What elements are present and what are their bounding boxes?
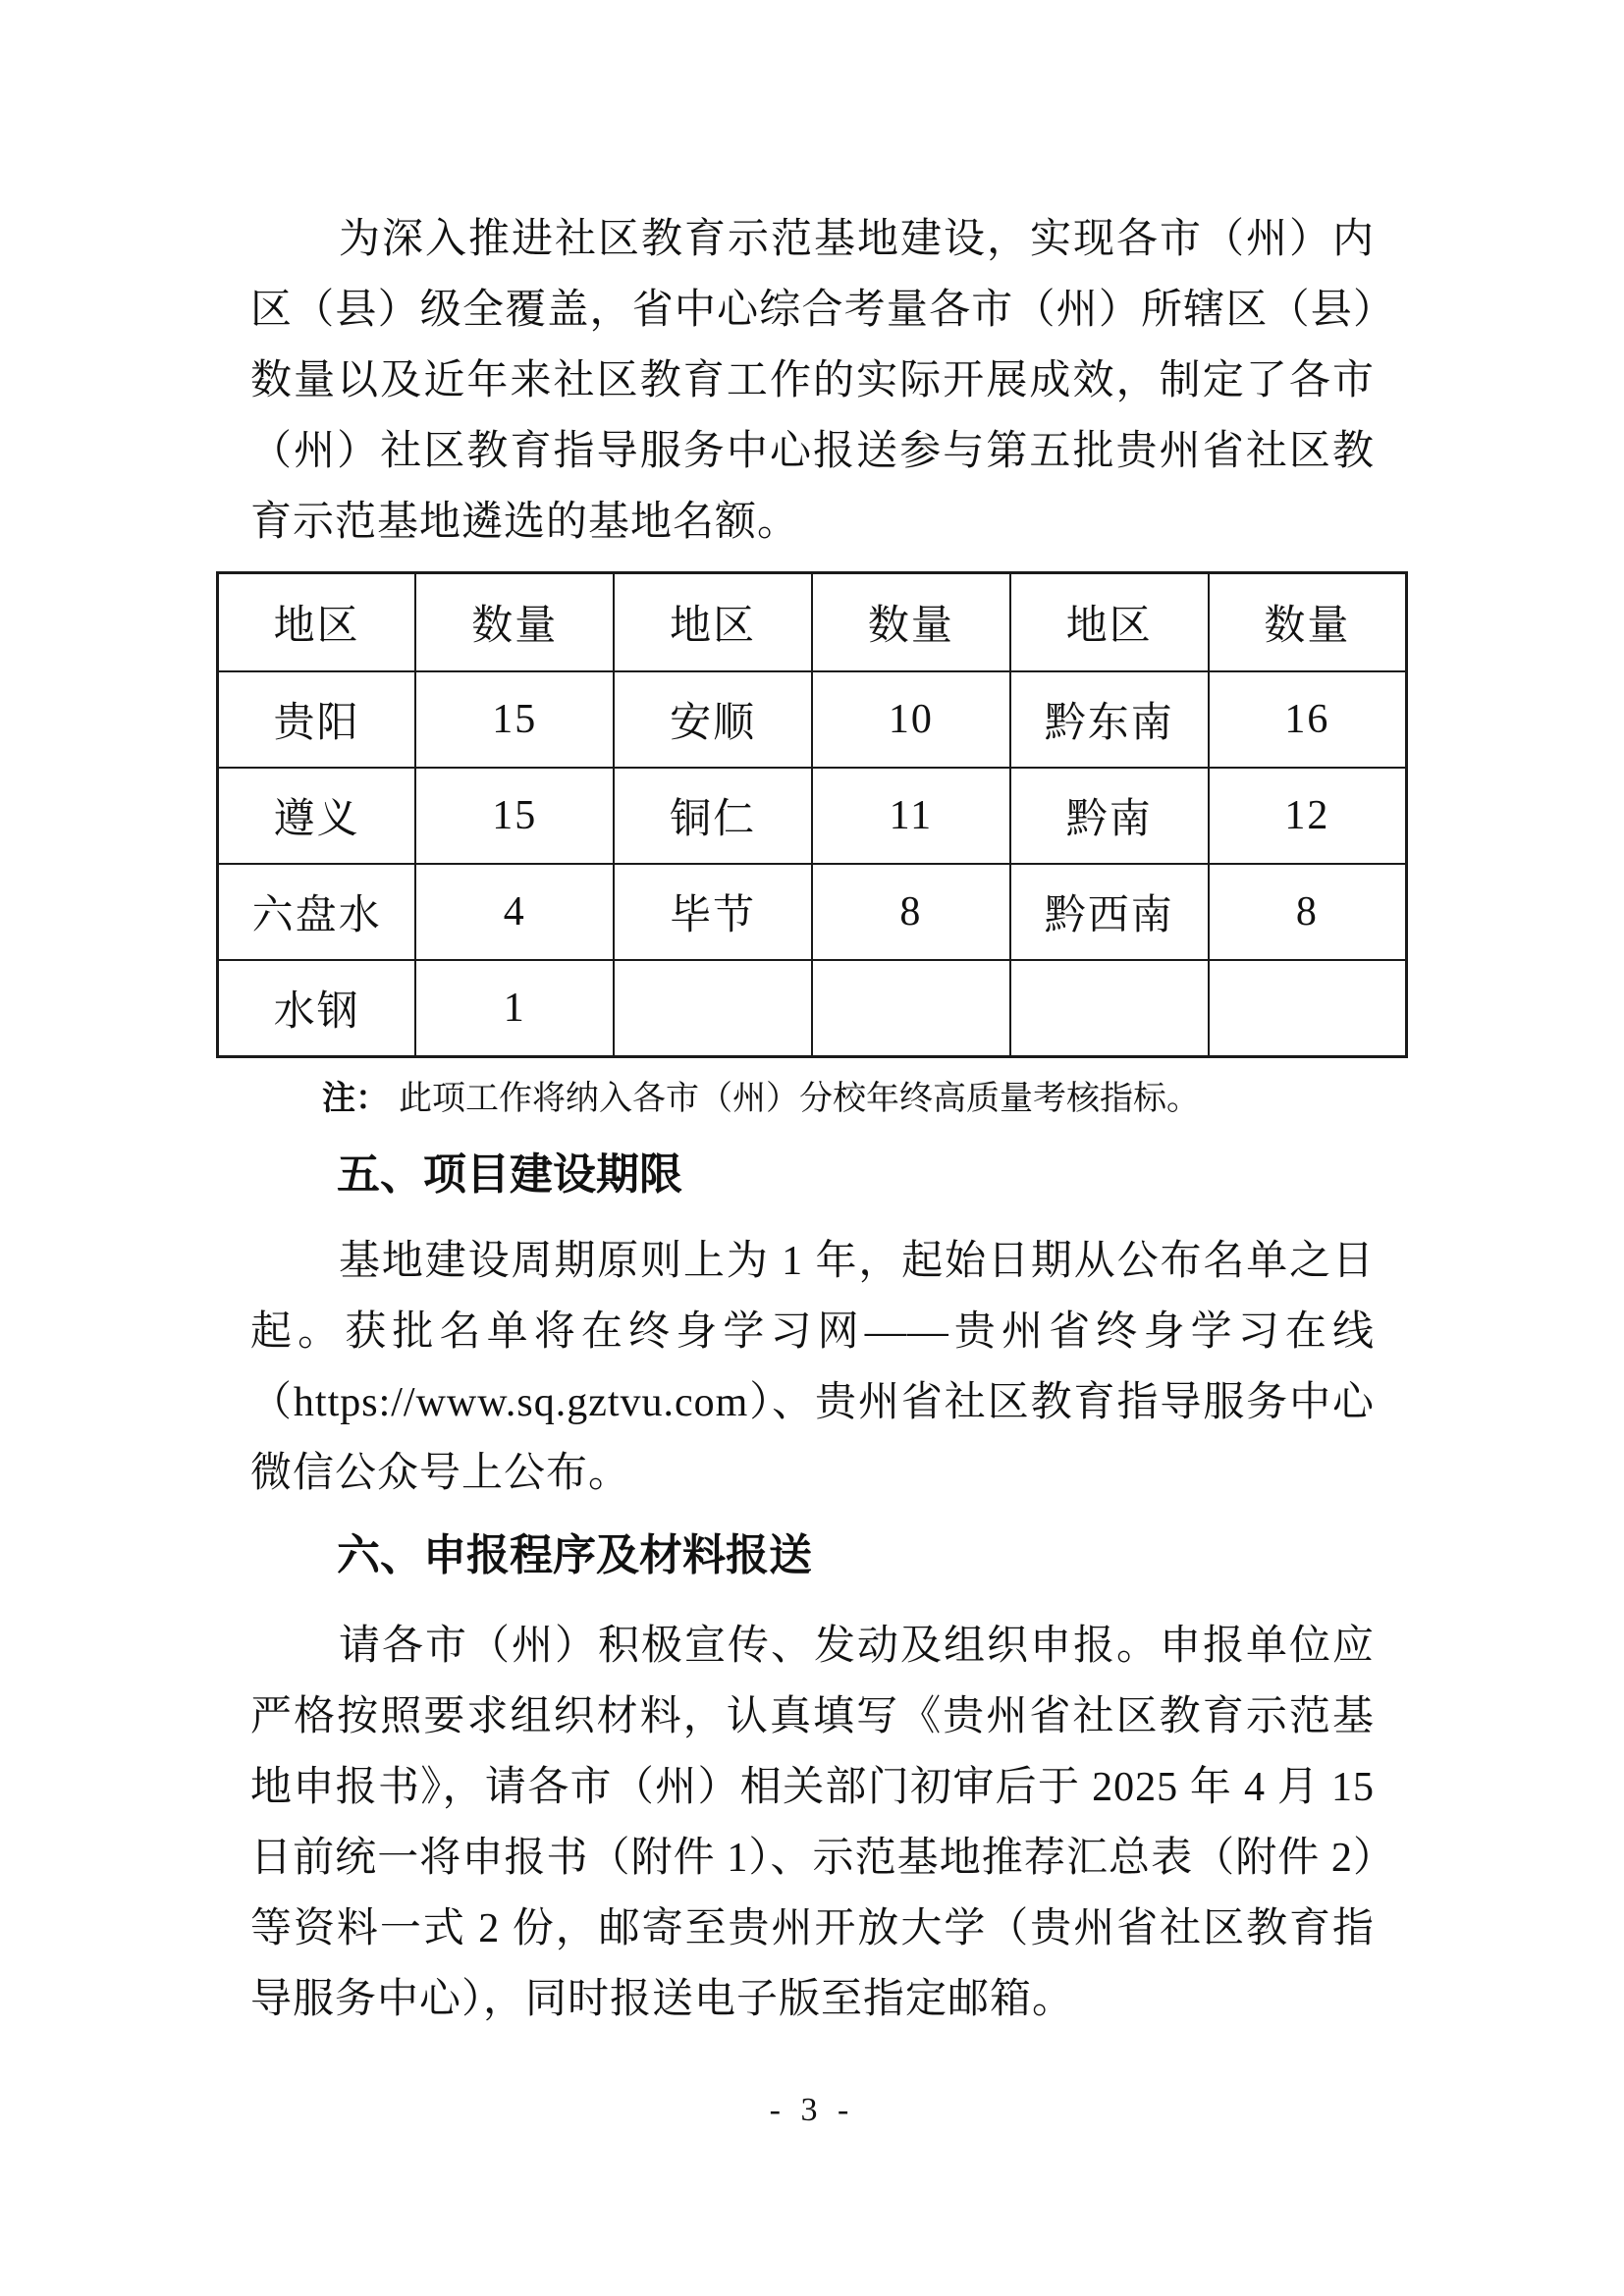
table-cell-quantity: 11 [812, 768, 1010, 864]
table-cell-region: 六盘水 [218, 864, 416, 960]
table-cell-quantity: 8 [812, 864, 1010, 960]
document-page: 为深入推进社区教育示范基地建设，实现各市（州）内区（县）级全覆盖，省中心综合考量… [0, 0, 1624, 2296]
table-cell-region: 遵义 [218, 768, 416, 864]
table-cell-quantity: 12 [1209, 768, 1407, 864]
section-5-heading: 五、项目建设期限 [250, 1140, 1375, 1210]
table-header-cell: 地区 [614, 573, 812, 672]
table-cell-quantity: 10 [812, 671, 1010, 768]
section-6-heading: 六、申报程序及材料报送 [250, 1521, 1375, 1591]
quota-table: 地区 数量 地区 数量 地区 数量 贵阳 15 安顺 10 黔东南 16 遵义 … [216, 571, 1408, 1058]
table-header-cell: 数量 [1209, 573, 1407, 672]
table-row: 六盘水 4 毕节 8 黔西南 8 [218, 864, 1407, 960]
table-header-cell: 地区 [1010, 573, 1209, 672]
page-number: - 3 - [0, 2075, 1624, 2146]
table-cell-region: 水钢 [218, 960, 416, 1057]
table-row: 水钢 1 [218, 960, 1407, 1057]
table-cell-region: 毕节 [614, 864, 812, 960]
note-text: 此项工作将纳入各市（州）分校年终高质量考核指标。 [399, 1081, 1200, 1117]
section-6-paragraph: 请各市（州）积极宣传、发动及组织申报。申报单位应严格按照要求组织材料，认真填写《… [250, 1611, 1375, 2035]
table-header-cell: 地区 [218, 573, 416, 672]
table-note: 注：此项工作将纳入各市（州）分校年终高质量考核指标。 [250, 1064, 1375, 1135]
table-cell-quantity: 1 [415, 960, 614, 1057]
table-cell-quantity: 4 [415, 864, 614, 960]
table-header-row: 地区 数量 地区 数量 地区 数量 [218, 573, 1407, 672]
table-cell-quantity: 15 [415, 671, 614, 768]
table-cell-region: 黔东南 [1010, 671, 1209, 768]
table-cell-region: 黔南 [1010, 768, 1209, 864]
table-cell-region: 安顺 [614, 671, 812, 768]
table-cell-quantity: 8 [1209, 864, 1407, 960]
intro-paragraph: 为深入推进社区教育示范基地建设，实现各市（州）内区（县）级全覆盖，省中心综合考量… [250, 204, 1375, 558]
table-header-cell: 数量 [812, 573, 1010, 672]
note-label: 注： [322, 1081, 389, 1117]
section-5-paragraph: 基地建设周期原则上为 1 年，起始日期从公布名单之日起。获批名单将在终身学习网—… [250, 1226, 1375, 1509]
table-row: 遵义 15 铜仁 11 黔南 12 [218, 768, 1407, 864]
table-cell-region [614, 960, 812, 1057]
table-cell-quantity [812, 960, 1010, 1057]
table-cell-region: 铜仁 [614, 768, 812, 864]
table-cell-region: 黔西南 [1010, 864, 1209, 960]
table-cell-quantity [1209, 960, 1407, 1057]
table-cell-quantity: 15 [415, 768, 614, 864]
table-header-cell: 数量 [415, 573, 614, 672]
table-cell-region: 贵阳 [218, 671, 416, 768]
table-cell-quantity: 16 [1209, 671, 1407, 768]
table-row: 贵阳 15 安顺 10 黔东南 16 [218, 671, 1407, 768]
table-cell-region [1010, 960, 1209, 1057]
